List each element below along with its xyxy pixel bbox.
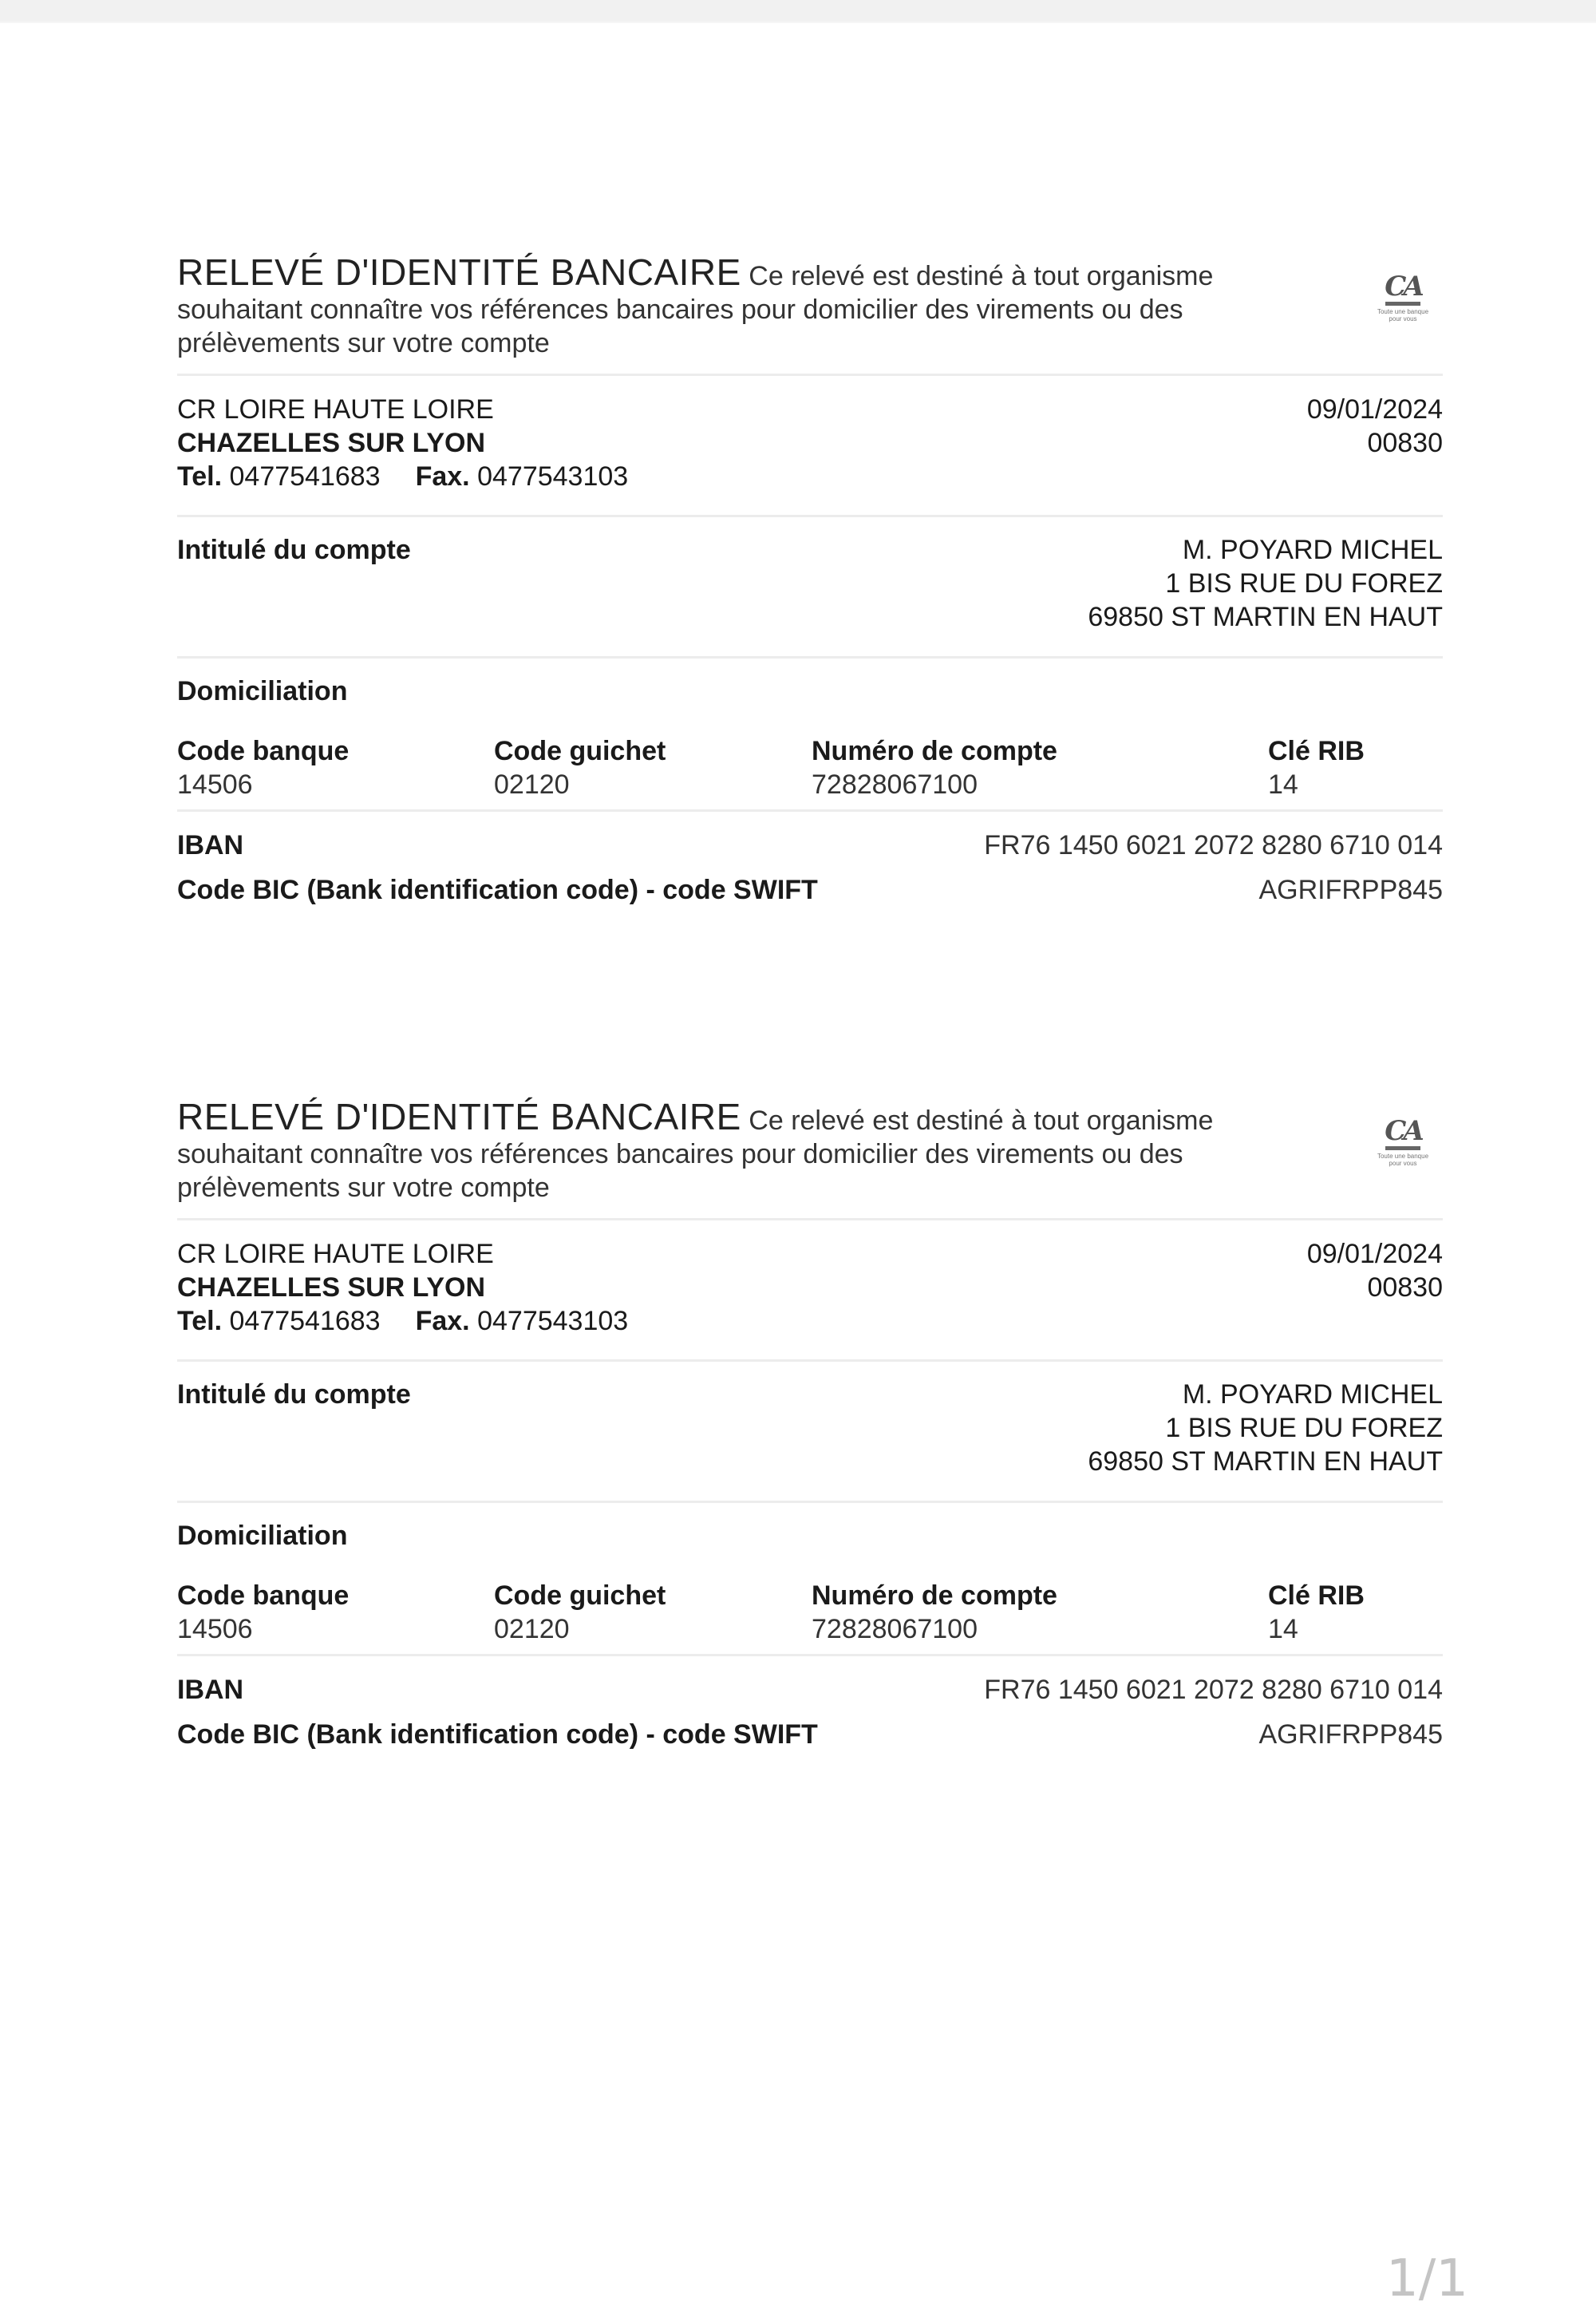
account-holder-name: M. POYARD MICHEL	[1088, 1378, 1443, 1411]
bank-branch: CHAZELLES SUR LYON	[177, 1271, 628, 1304]
logo-tagline: Toute une banquepour vous	[1363, 1153, 1443, 1167]
agency-code: 00830	[1307, 1271, 1443, 1304]
bank-tel: 0477541683	[230, 461, 381, 492]
rib-title: RELEVÉ D'IDENTITÉ BANCAIRE	[177, 251, 741, 293]
numero-compte-value: 72828067100	[812, 768, 1057, 801]
rib-header: RELEVÉ D'IDENTITÉ BANCAIRE Ce relevé est…	[177, 1100, 1310, 1204]
bic-value: AGRIFRPP845	[1258, 873, 1443, 907]
agency-code: 00830	[1307, 426, 1443, 460]
bank-branch: CHAZELLES SUR LYON	[177, 426, 628, 460]
domiciliation-label: Domiciliation	[177, 674, 1443, 708]
credit-agricole-logo-icon: CA	[1363, 1117, 1443, 1145]
bank-tel: 0477541683	[230, 1306, 381, 1336]
page-indicator: 1/1	[1386, 2249, 1468, 2302]
divider	[177, 1218, 1443, 1220]
bank-logo: CA Toute une banquepour vous	[1363, 273, 1443, 329]
code-guichet-value: 02120	[494, 1612, 666, 1646]
code-banque-label: Code banque	[177, 734, 349, 768]
divider	[177, 1501, 1443, 1503]
bank-logo: CA Toute une banquepour vous	[1363, 1117, 1443, 1173]
bank-name: CR LOIRE HAUTE LOIRE	[177, 1237, 628, 1271]
viewer-top-bar	[0, 0, 1596, 23]
iban-label: IBAN	[177, 1673, 243, 1707]
bank-contact: Tel. 0477541683Fax. 0477543103	[177, 460, 628, 493]
account-holder-name: M. POYARD MICHEL	[1088, 533, 1443, 567]
logo-tagline: Toute une banquepour vous	[1363, 308, 1443, 322]
iban-value: FR76 1450 6021 2072 8280 6710 014	[984, 1673, 1443, 1707]
account-holder-label: Intitulé du compte	[177, 1378, 411, 1411]
iban-value: FR76 1450 6021 2072 8280 6710 014	[984, 829, 1443, 862]
bank-fax: 0477543103	[477, 1306, 628, 1336]
bank-contact: Tel. 0477541683Fax. 0477543103	[177, 1304, 628, 1338]
numero-compte-value: 72828067100	[812, 1612, 1057, 1646]
divider	[177, 656, 1443, 659]
account-holder-address-2: 69850 ST MARTIN EN HAUT	[1088, 1445, 1443, 1478]
cle-rib-value: 14	[1268, 1612, 1365, 1646]
statement-date: 09/01/2024	[1307, 1237, 1443, 1271]
account-holder-address-1: 1 BIS RUE DU FOREZ	[1088, 567, 1443, 600]
bank-fax: 0477543103	[477, 461, 628, 492]
bic-value: AGRIFRPP845	[1258, 1718, 1443, 1751]
divider	[177, 1359, 1443, 1362]
bic-label: Code BIC (Bank identification code) - co…	[177, 1718, 818, 1751]
credit-agricole-logo-icon: CA	[1363, 273, 1443, 300]
code-guichet-value: 02120	[494, 768, 666, 801]
statement-date: 09/01/2024	[1307, 393, 1443, 426]
cle-rib-value: 14	[1268, 768, 1365, 801]
cle-rib-label: Clé RIB	[1268, 734, 1365, 768]
rib-header: RELEVÉ D'IDENTITÉ BANCAIRE Ce relevé est…	[177, 255, 1310, 360]
account-holder-address-1: 1 BIS RUE DU FOREZ	[1088, 1411, 1443, 1445]
code-banque-value: 14506	[177, 768, 349, 801]
divider	[177, 1654, 1443, 1656]
bic-label: Code BIC (Bank identification code) - co…	[177, 873, 818, 907]
numero-compte-label: Numéro de compte	[812, 1579, 1057, 1612]
divider	[177, 515, 1443, 517]
rib-title: RELEVÉ D'IDENTITÉ BANCAIRE	[177, 1096, 741, 1137]
domiciliation-label: Domiciliation	[177, 1519, 1443, 1552]
code-guichet-label: Code guichet	[494, 1579, 666, 1612]
divider	[177, 374, 1443, 376]
cle-rib-label: Clé RIB	[1268, 1579, 1365, 1612]
code-banque-label: Code banque	[177, 1579, 349, 1612]
iban-label: IBAN	[177, 829, 243, 862]
code-guichet-label: Code guichet	[494, 734, 666, 768]
account-holder-address-2: 69850 ST MARTIN EN HAUT	[1088, 600, 1443, 634]
numero-compte-label: Numéro de compte	[812, 734, 1057, 768]
code-banque-value: 14506	[177, 1612, 349, 1646]
divider	[177, 809, 1443, 812]
account-holder-label: Intitulé du compte	[177, 533, 411, 567]
bank-name: CR LOIRE HAUTE LOIRE	[177, 393, 628, 426]
